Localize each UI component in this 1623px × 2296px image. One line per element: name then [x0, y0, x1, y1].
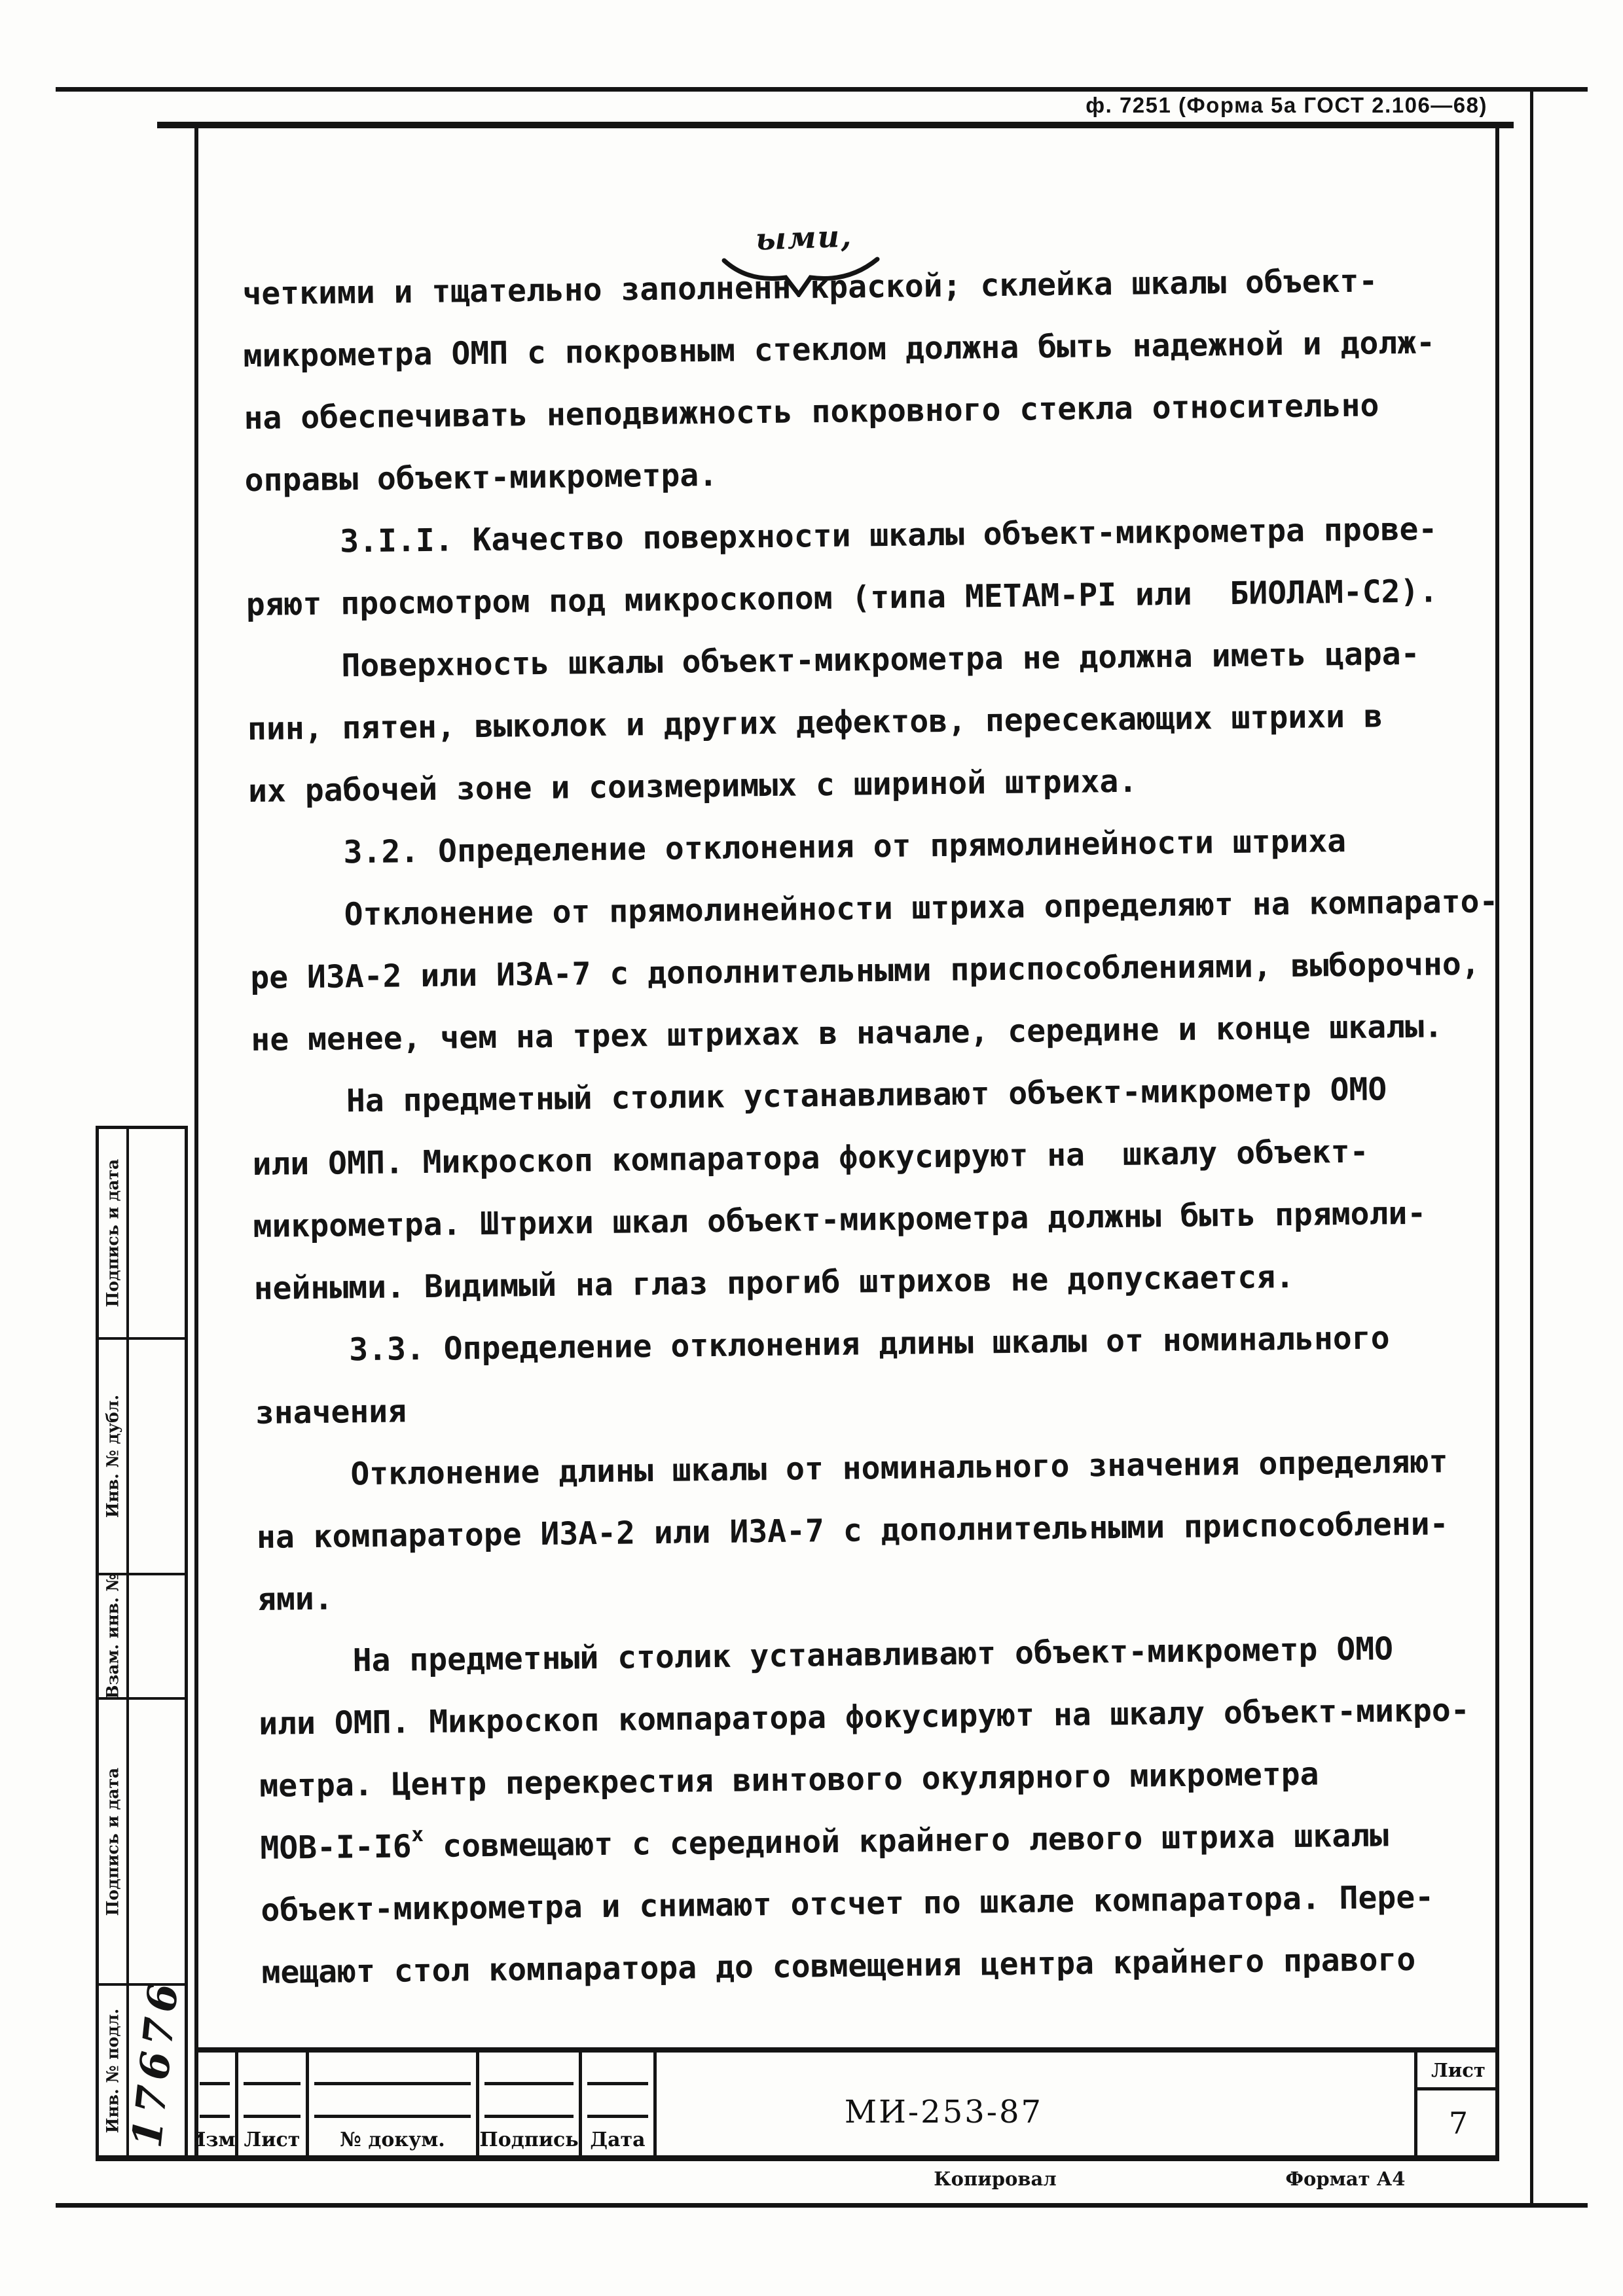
title-block-column: Изм. [194, 2053, 238, 2155]
body-text: четкими и тщательно заполненн краской; с… [242, 249, 1532, 2004]
sidebar-section-label: Подпись и дата [103, 1767, 122, 1915]
frame-top-rule [157, 122, 1514, 128]
bottom-rule [56, 2203, 1588, 2208]
sidebar-section: Подпись и дата [99, 1129, 185, 1337]
sidebar-section: Инв. № дубл. [99, 1337, 185, 1573]
scanned-document-page: ф. 7251 (Форма 5а ГОСТ 2.106—68) четкими… [0, 0, 1623, 2296]
sidebar-section-field [129, 1700, 185, 1983]
title-block-top-rule [194, 2047, 1499, 2053]
doc-number: МИ-253-87 [657, 2053, 1417, 2155]
sidebar-section-field [129, 1575, 185, 1697]
title-block-column: № докум. [309, 2053, 479, 2155]
superscript: х [411, 1823, 424, 1846]
sidebar-section-label-cell: Инв. № дубл. [99, 1340, 129, 1573]
sidebar-section: Подпись и дата [99, 1697, 185, 1983]
insertion-caret-icon [719, 251, 883, 297]
frame-left-edge [194, 122, 198, 2159]
sidebar-section: Взам. инв. № [99, 1573, 185, 1697]
title-block-column-label: Лист [238, 2118, 306, 2155]
inventory-number-handwritten: 17676 [113, 1971, 198, 2153]
form-reference: ф. 7251 (Форма 5а ГОСТ 2.106—68) [1085, 93, 1487, 118]
frame-bottom-rule [96, 2155, 1499, 2161]
sidebar-section-label-cell: Взам. инв. № [99, 1575, 129, 1697]
top-rule [56, 87, 1588, 92]
title-block-column: Дата [582, 2053, 657, 2155]
title-block-column-label: Дата [582, 2118, 653, 2155]
title-block: Изм.Лист№ докум.ПодписьДата МИ-253-87 Ли… [194, 2053, 1499, 2155]
footer-kopiroval: Копировал [897, 2168, 1093, 2190]
sidebar-section-label: Подпись и дата [103, 1159, 122, 1307]
sheet-label: Лист [1417, 2053, 1499, 2090]
sidebar-section-label-cell: Подпись и дата [99, 1700, 129, 1983]
sidebar-section-label-cell: Подпись и дата [99, 1129, 129, 1337]
title-block-columns: Изм.Лист№ докум.ПодписьДата [194, 2053, 657, 2155]
title-block-column: Подпись [479, 2053, 582, 2155]
sheet-cell: Лист 7 [1417, 2053, 1499, 2155]
sidebar-section-field [129, 1129, 185, 1337]
title-block-column-label: Изм. [194, 2118, 235, 2155]
title-block-column-label: Подпись [479, 2118, 579, 2155]
footer-format: Формат А4 [1277, 2168, 1414, 2190]
title-block-column-label: № докум. [309, 2118, 476, 2155]
sidebar-section-label: Инв. № дубл. [103, 1395, 122, 1518]
title-block-column: Лист [238, 2053, 309, 2155]
sheet-number: 7 [1417, 2090, 1499, 2155]
sidebar-section-label: Взам. инв. № [103, 1573, 122, 1698]
sidebar-section-field [129, 1340, 185, 1573]
